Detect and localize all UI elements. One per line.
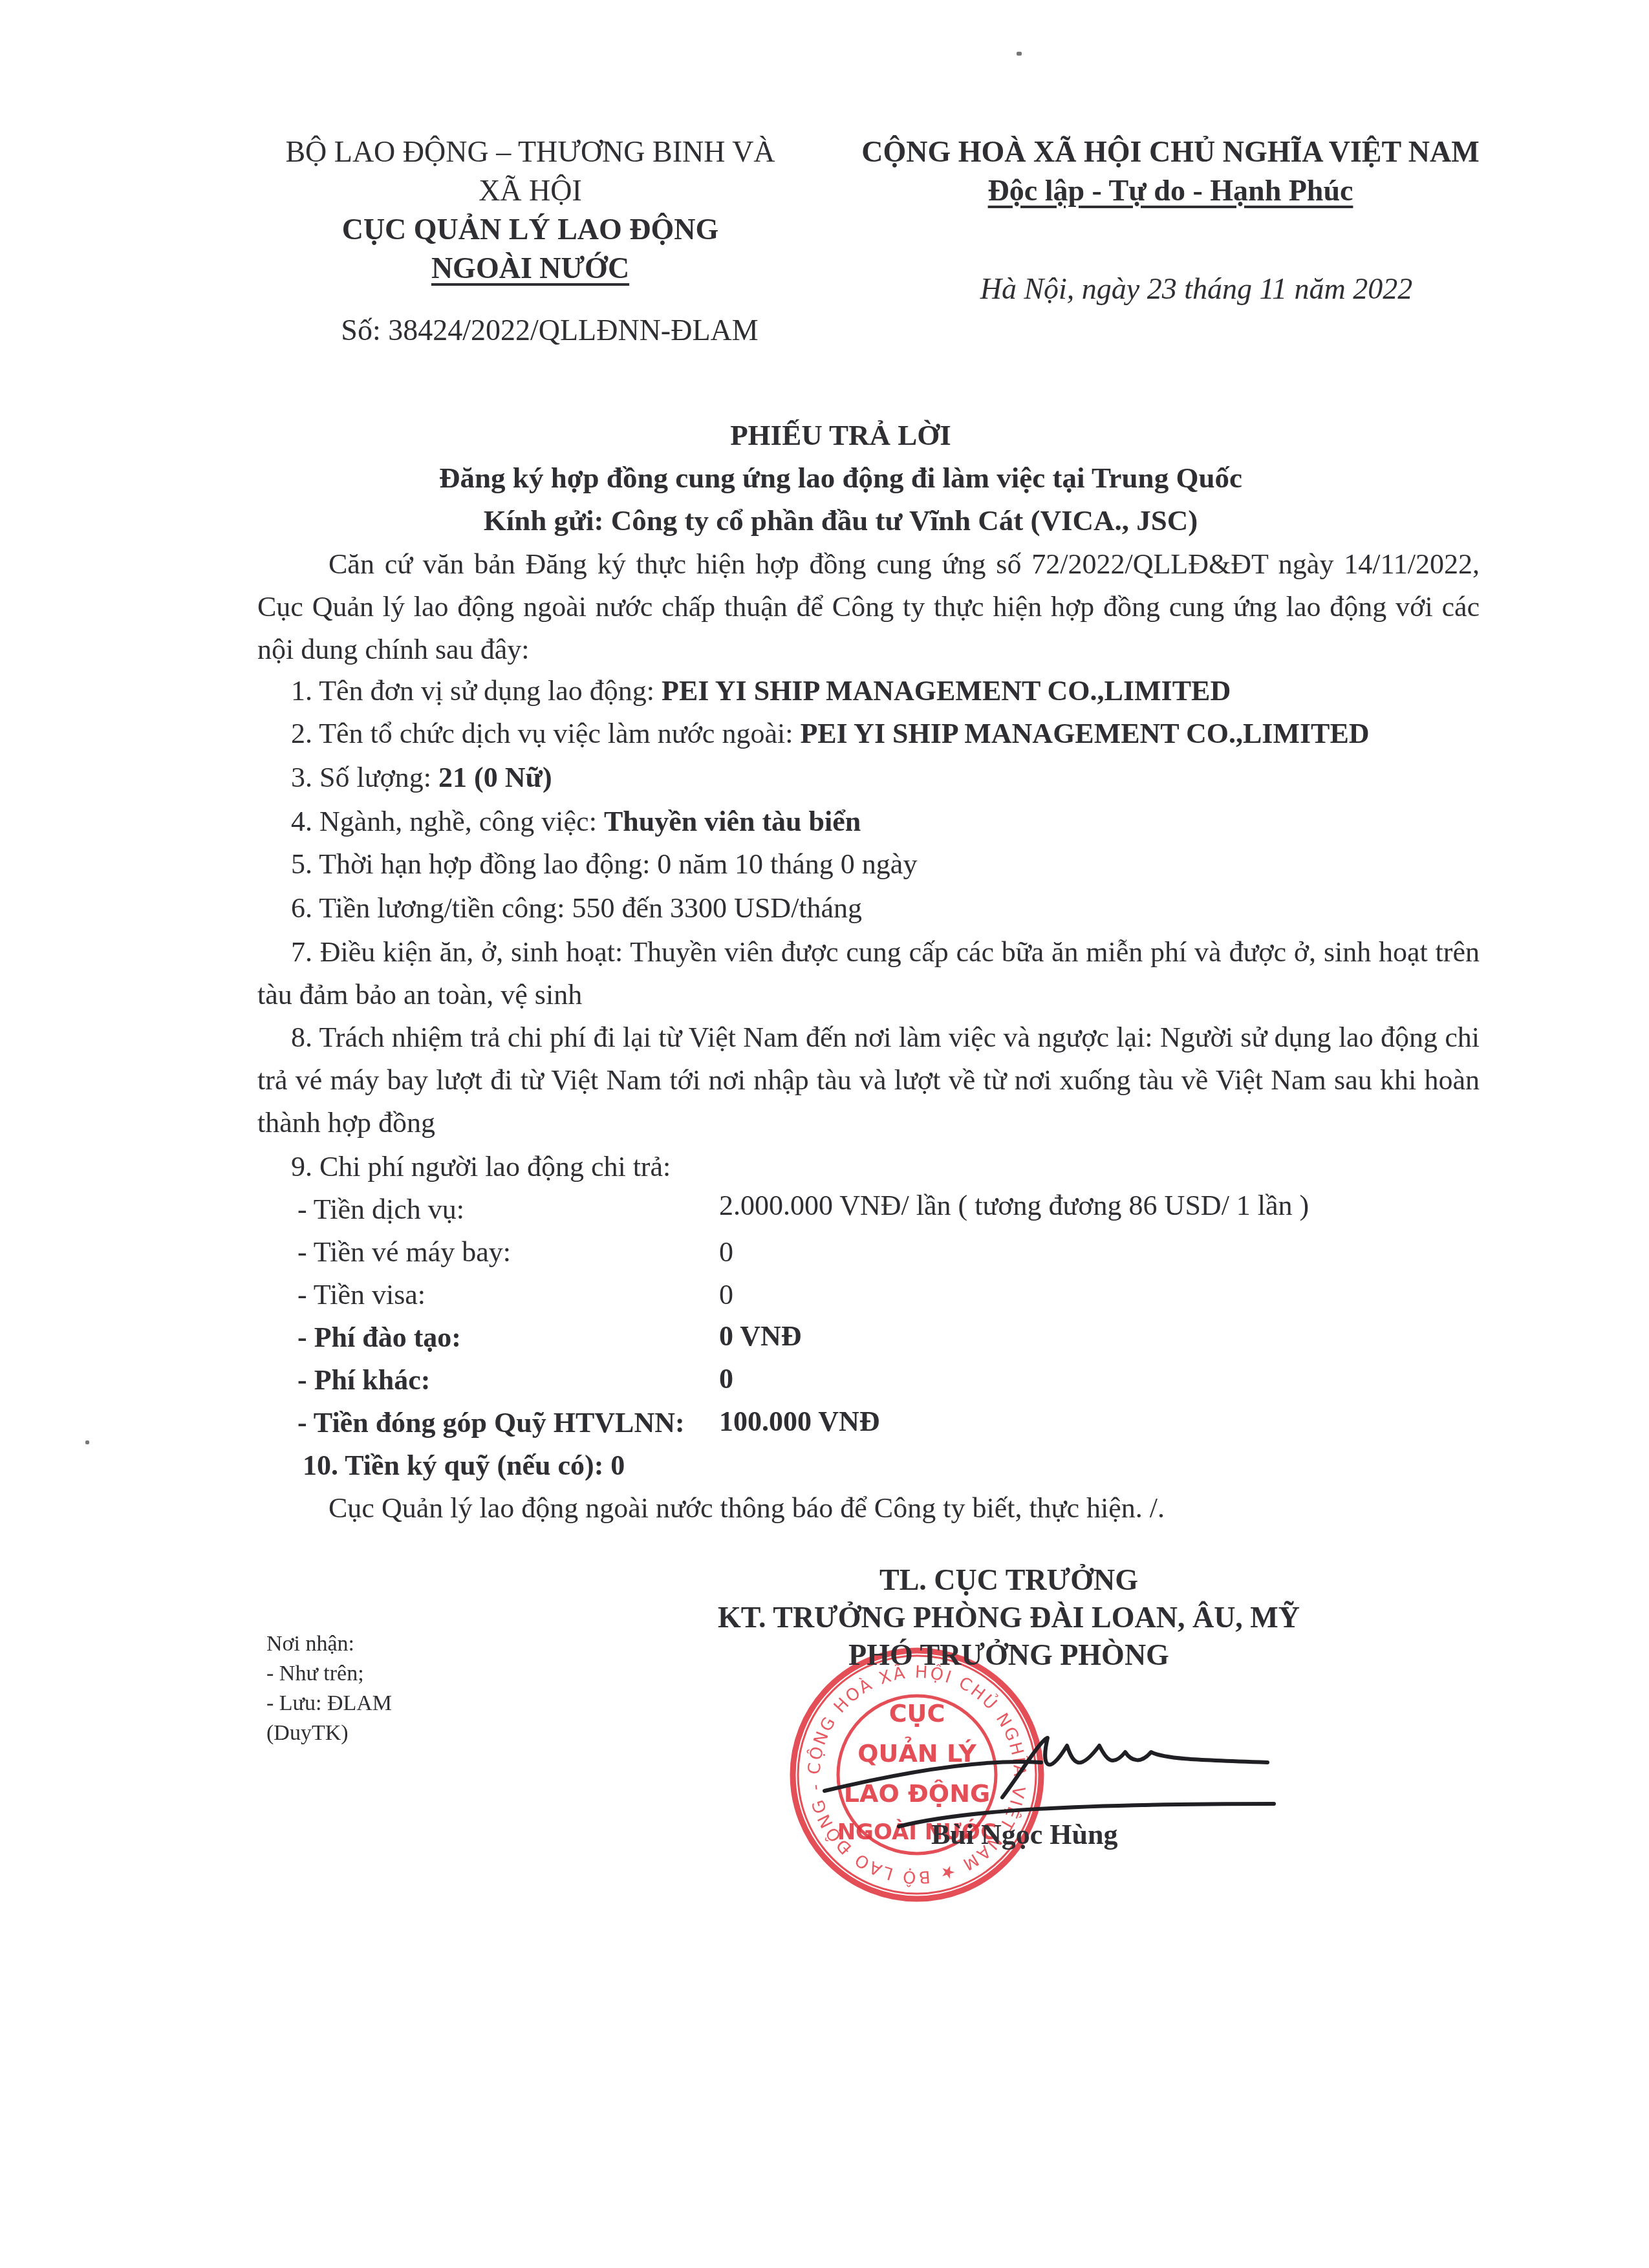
national-header-block: CỘNG HOÀ XÃ HỘI CHỦ NGHĨA VIỆT NAM Độc l… (828, 133, 1513, 308)
issuing-agency-block: BỘ LAO ĐỘNG – THƯƠNG BINH VÀ XÃ HỘI CỤC … (259, 133, 802, 350)
closing-statement: Cục Quản lý lao động ngoài nước thông bá… (329, 1487, 1165, 1530)
intro-paragraph: Căn cứ văn bản Đăng ký thực hiện hợp đồn… (257, 543, 1480, 671)
fee-visa-value: 0 (719, 1274, 733, 1316)
fee-airfare-label: - Tiền vé máy bay: (297, 1231, 511, 1274)
fee-service-value: 2.000.000 VNĐ/ lần ( tương đương 86 USD/… (719, 1184, 1309, 1227)
department-name-line1: CỤC QUẢN LÝ LAO ĐỘNG (259, 210, 802, 249)
item-value: PEI YI SHIP MANAGEMENT CO.,LIMITED (800, 718, 1369, 749)
item-label: 5. Thời hạn hợp đồng lao động: 0 năm 10 … (291, 848, 917, 880)
item-salary: 6. Tiền lương/tiền công: 550 đến 3300 US… (291, 887, 862, 930)
recipient-line: (DuyTK) (266, 1718, 392, 1748)
item-travel-responsibility: 8. Trách nhiệm trả chi phí đi lại từ Việ… (257, 1016, 1480, 1144)
fee-training-label: - Phí đào tạo: (297, 1316, 461, 1359)
department-name-line2: NGOÀI NƯỚC (431, 251, 629, 284)
reference-number: Số: 38424/2022/QLLĐNN-ĐLAM (259, 311, 802, 350)
handwritten-signature (737, 1707, 1280, 1830)
item-value: 21 (0 Nữ) (438, 762, 552, 793)
signature-authority-line1: TL. CỤC TRƯỞNG (685, 1561, 1332, 1599)
fee-service-label: - Tiền dịch vụ: (297, 1188, 464, 1231)
fee-airfare-value: 0 (719, 1231, 733, 1274)
recipients-block: Nơi nhận: - Như trên; - Lưu: ĐLAM (DuyTK… (266, 1629, 392, 1748)
item-living-conditions: 7. Điều kiện ăn, ở, sinh hoạt: Thuyền vi… (257, 931, 1480, 1016)
fee-training-value: 0 VNĐ (719, 1315, 802, 1358)
item-service-org: 2. Tên tổ chức dịch vụ việc làm nước ngo… (291, 712, 1370, 755)
recipients-heading: Nơi nhận: (266, 1629, 392, 1659)
item-label: 2. Tên tổ chức dịch vụ việc làm nước ngo… (291, 718, 800, 749)
item-value: Thuyền viên tàu biển (604, 806, 861, 837)
document-subject: Đăng ký hợp đồng cung ứng lao động đi là… (226, 456, 1455, 499)
document-title: PHIẾU TRẢ LỜI (226, 414, 1455, 456)
item-value: PEI YI SHIP MANAGEMENT CO.,LIMITED (662, 675, 1231, 707)
national-title: CỘNG HOÀ XÃ HỘI CHỦ NGHĨA VIỆT NAM (828, 133, 1513, 171)
fee-fund-contribution-value: 100.000 VNĐ (719, 1400, 880, 1443)
fee-visa-label: - Tiền visa: (297, 1274, 426, 1316)
item-label: 4. Ngành, nghề, công việc: (291, 806, 604, 837)
recipient-line: - Như trên; (266, 1659, 392, 1689)
place-and-date: Hà Nội, ngày 23 tháng 11 năm 2022 (828, 270, 1513, 308)
item-worker-costs-heading: 9. Chi phí người lao động chi trả: (291, 1146, 671, 1188)
fee-other-label: - Phí khác: (297, 1359, 430, 1402)
signature-block: TL. CỤC TRƯỞNG KT. TRƯỞNG PHÒNG ĐÀI LOAN… (685, 1561, 1332, 1674)
item-deposit: 10. Tiền ký quỹ (nếu có): 0 (303, 1444, 625, 1487)
fee-fund-contribution-label: - Tiền đóng góp Quỹ HTVLNN: (297, 1402, 685, 1444)
item-employer: 1. Tên đơn vị sử dụng lao động: PEI YI S… (291, 670, 1231, 712)
item-label: 3. Số lượng: (291, 762, 438, 793)
item-label: 1. Tên đơn vị sử dụng lao động: (291, 675, 662, 707)
addressee: Kính gửi: Công ty cổ phần đầu tư Vĩnh Cá… (226, 499, 1455, 542)
item-label: 6. Tiền lương/tiền công: 550 đến 3300 US… (291, 892, 862, 924)
item-quantity: 3. Số lượng: 21 (0 Nữ) (291, 756, 552, 799)
national-motto: Độc lập - Tự do - Hạnh Phúc (988, 174, 1353, 207)
signature-authority-line3: PHÓ TRƯỞNG PHÒNG (685, 1636, 1332, 1674)
fee-other-value: 0 (719, 1358, 733, 1400)
item-contract-term: 5. Thời hạn hợp đồng lao động: 0 năm 10 … (291, 843, 917, 886)
scan-artifact (85, 1440, 89, 1444)
scan-artifact (1017, 52, 1022, 56)
item-occupation: 4. Ngành, nghề, công việc: Thuyền viên t… (291, 800, 861, 843)
document-title-block: PHIẾU TRẢ LỜI Đăng ký hợp đồng cung ứng … (226, 414, 1455, 542)
ministry-name-line2: XÃ HỘI (259, 171, 802, 210)
signature-authority-line2: KT. TRƯỞNG PHÒNG ĐÀI LOAN, ÂU, MỸ (685, 1599, 1332, 1636)
signer-name: Bùi Ngọc Hùng (931, 1818, 1118, 1851)
ministry-name-line1: BỘ LAO ĐỘNG – THƯƠNG BINH VÀ (259, 133, 802, 171)
recipient-line: - Lưu: ĐLAM (266, 1689, 392, 1718)
